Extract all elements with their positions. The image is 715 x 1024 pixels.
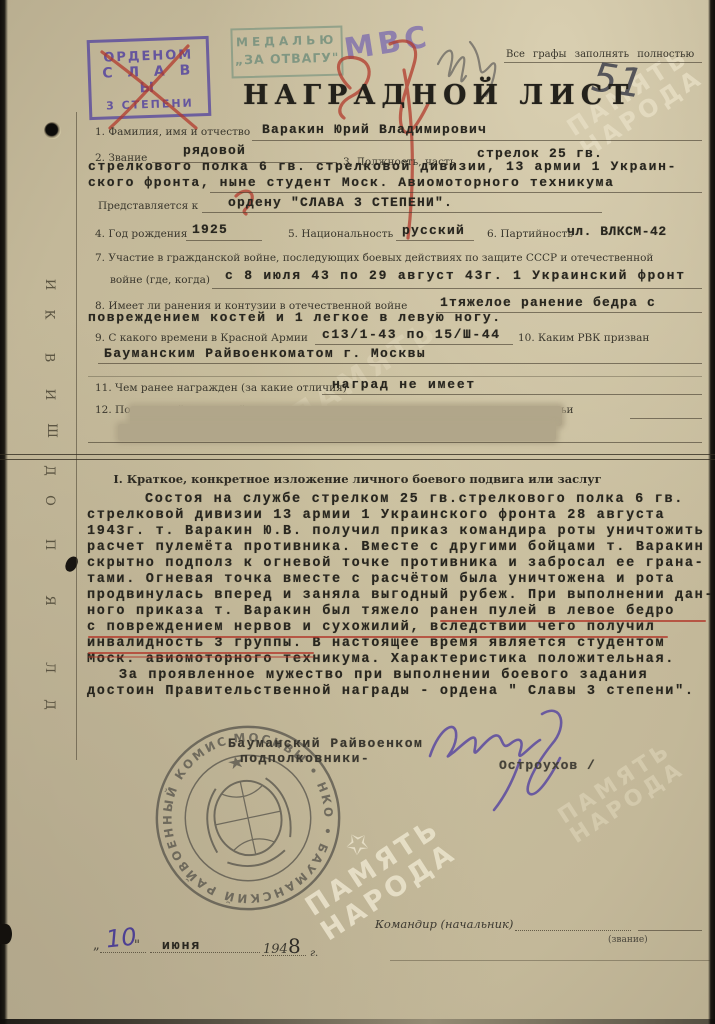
citation-line: инвалидность 3 группы. В настоящее время… — [87, 636, 712, 652]
field-1-value: Варакин Юрий Владимирович — [262, 122, 487, 137]
margin-letter: Я — [42, 595, 57, 606]
field-6-value: чл. ВЛКСМ-42 — [567, 224, 667, 239]
date-quote-open: „ — [93, 938, 100, 953]
citation-line: Состоя на службе стрелком 25 гв.стрелков… — [87, 492, 712, 508]
red-underline — [88, 636, 668, 638]
red-underline — [440, 620, 706, 622]
scanned-document-page: ПАМЯТЬ НАРОДА ПАМЯТЬ ✩ ПАМЯТЬ НАРОДА ПАМ… — [0, 0, 715, 1024]
citation-heading: I. Краткое, конкретное изложение личного… — [0, 472, 715, 486]
field-6-label: 6. Партийность — [487, 228, 573, 240]
ink-blot — [0, 924, 12, 944]
field-10-label: 10. Каким РВК призван — [518, 332, 649, 344]
margin-letter: К — [42, 309, 57, 319]
field-4-label: 4. Год рождения — [95, 228, 187, 240]
field-1-label: 1. Фамилия, имя и отчество — [95, 126, 250, 138]
date-year-suffix: г. — [310, 948, 318, 959]
signatory-rank: подполковники- — [240, 751, 370, 766]
citation-line: тами. Огневая точка вместе с расчётом бы… — [87, 572, 712, 588]
field-7-label: войне (где, когда) — [110, 274, 210, 286]
handwritten-day: 10 — [105, 922, 138, 953]
rank-label: (звание) — [608, 935, 648, 945]
citation-line: За проявленное мужество при выполнении б… — [87, 668, 712, 684]
ink-blot — [64, 555, 80, 574]
citation-line: достоин Правительственной награды - орде… — [87, 684, 712, 700]
signatory-name: Остроухов / — [499, 758, 596, 773]
presented-for-value: ордену "СЛАВА 3 СТЕПЕНИ". — [228, 195, 453, 210]
margin-letter: Д — [42, 699, 57, 710]
citation-line: с повреждением нервов и сухожилий, вслед… — [87, 620, 712, 636]
field-2-value: рядовой — [183, 143, 246, 158]
field-9-value: с13/1-43 по 15/Ш-44 — [322, 327, 501, 342]
field-11-value: наград не имеет — [332, 377, 476, 392]
citation-line: 1943г. т. Варакин Ю.В. получил приказ ко… — [87, 524, 712, 540]
citation-line: расчет пулемёта противника. Вместе с дру… — [87, 540, 712, 556]
date-quote-close: " — [134, 938, 140, 953]
field-9-label: 9. С какого времени в Красной Армии — [95, 332, 308, 344]
margin-letter: В — [41, 353, 56, 363]
red-underline — [88, 656, 314, 658]
signatory-title: Бауманский Райвоенком — [228, 736, 423, 751]
citation-line: Моск. авиомоторного техникума. Характери… — [87, 652, 712, 668]
citation-line: ного приказа т. Варакин был тяжело ранен… — [87, 604, 712, 620]
red-underline — [88, 652, 314, 654]
field-7-value: с 8 июля 43 по 29 август 43г. 1 Украинск… — [225, 268, 686, 283]
citation-line: продвинулась вперед и заняла выгодный ру… — [87, 588, 712, 604]
margin-letter: П — [42, 539, 57, 550]
margin-letter: Л — [42, 662, 57, 673]
redaction-block — [118, 424, 556, 441]
margin-letter: О — [42, 495, 57, 506]
field-8-value: 1тяжелое ранение бедра с — [440, 295, 656, 310]
field-3-continuation: ского фронта, ныне студент Моск. Авиомот… — [88, 175, 614, 190]
commander-label: Командир (начальник) — [375, 917, 513, 931]
citation-line: стрелковой дивизии 13 армии 1 Украинског… — [87, 508, 712, 524]
redaction-block — [130, 406, 562, 426]
field-5-value: русский — [402, 223, 465, 238]
field-3-continuation: стрелкового полка 6 гв. стрелковой дивиз… — [88, 159, 677, 174]
field-8-value: повреждением костей и 1 легкое в левую н… — [88, 310, 502, 325]
margin-letter: И — [42, 389, 57, 400]
document-title: НАГРАДНОЙ ЛИСТ — [243, 80, 634, 111]
field-10-value: Бауманским Райвоенкоматом г. Москвы — [104, 346, 426, 361]
citation-line: скрытно подполз к огневой точке противни… — [87, 556, 712, 572]
date-month: июня — [162, 938, 201, 953]
field-5-label: 5. Национальность — [288, 228, 393, 240]
field-7-label: 7. Участие в гражданской войне, последую… — [95, 252, 653, 264]
margin-letter: Ш — [44, 423, 59, 438]
field-11-label: 11. Чем ранее награжден (за какие отличи… — [95, 382, 347, 394]
citation-body: Состоя на службе стрелком 25 гв.стрелков… — [87, 492, 712, 700]
field-4-value: 1925 — [192, 222, 228, 237]
presented-for-label: Представляется к — [98, 200, 198, 212]
scan-edge-bottom — [0, 1019, 715, 1024]
